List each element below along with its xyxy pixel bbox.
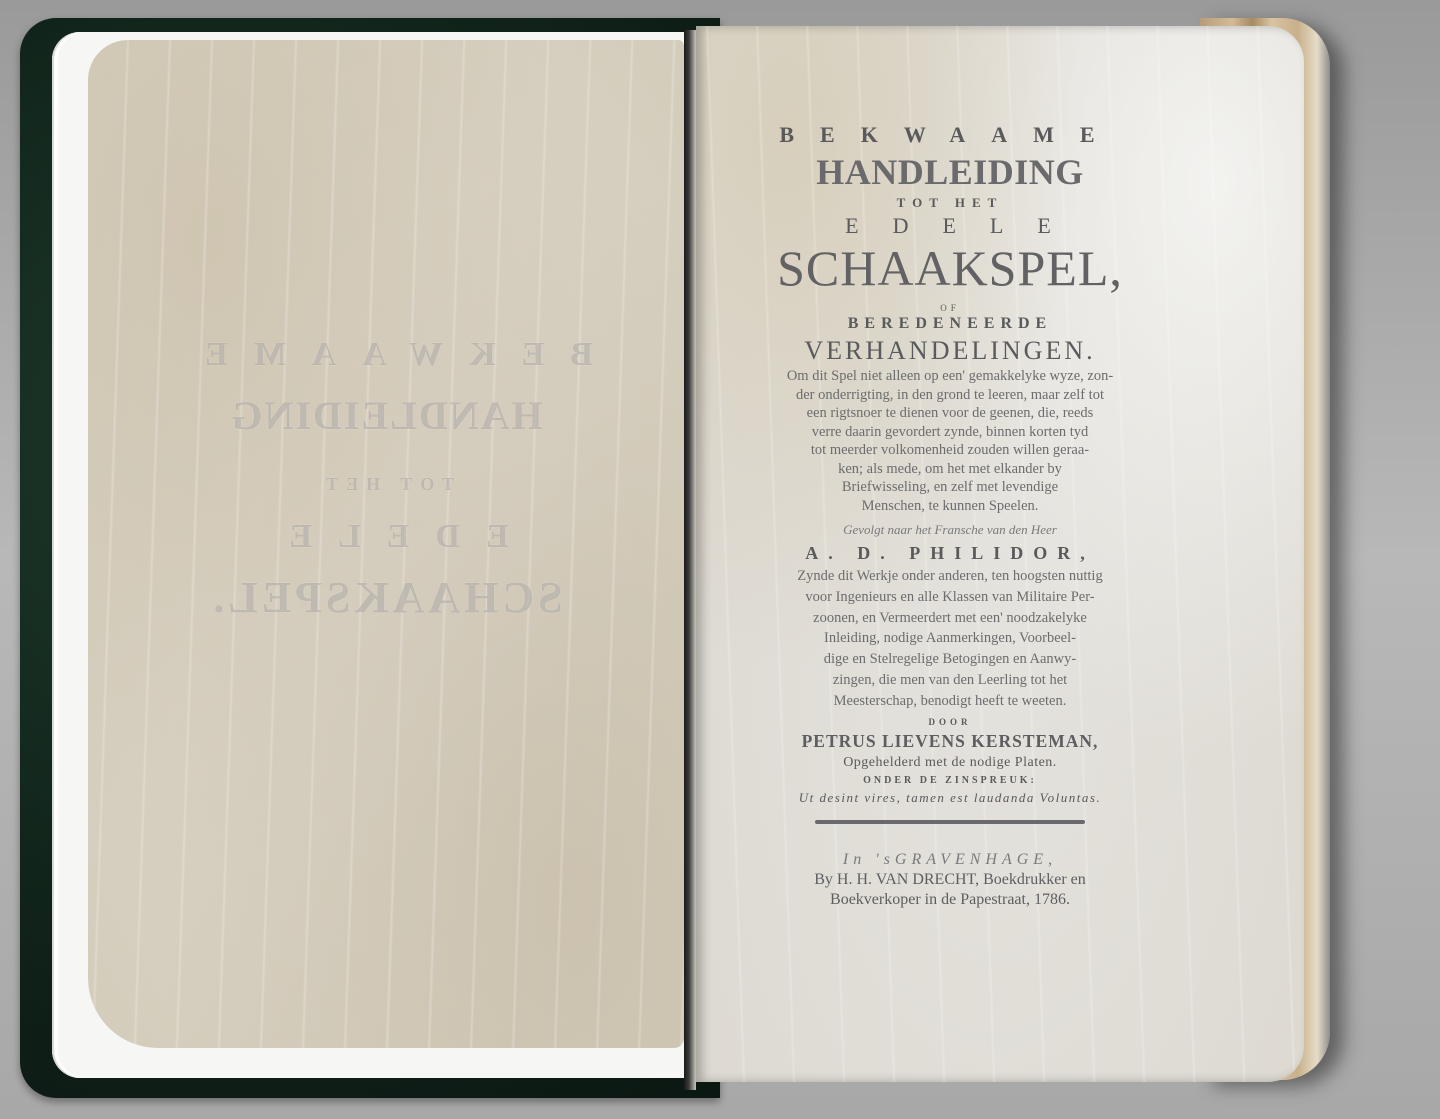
title-line-edele: EDELE bbox=[726, 212, 1174, 240]
bleed-through-line: BEKWAAME bbox=[88, 336, 684, 374]
description-line: verre daarin gevordert zynde, binnen kor… bbox=[726, 424, 1174, 441]
usefulness-line: dige en Stelregelige Betogingen en Aanwy… bbox=[726, 651, 1174, 668]
bleed-through-line: HANDLEIDING bbox=[88, 392, 684, 439]
description-line: Menschen, te kunnen Speelen. bbox=[726, 498, 1174, 515]
bleed-through-line: SCHAAKSPEL. bbox=[88, 572, 684, 623]
title-line-schaakspel: SCHAAKSPEL, bbox=[726, 240, 1174, 296]
door-label: DOOR bbox=[726, 716, 1174, 728]
title-line-verhandelingen: VERHANDELINGEN. bbox=[726, 336, 1174, 366]
usefulness-paragraph: Zynde dit Werkje onder anderen, ten hoog… bbox=[726, 568, 1174, 710]
usefulness-line: Inleiding, nodige Aanmerkingen, Voorbeel… bbox=[726, 630, 1174, 647]
ornamental-rule bbox=[815, 820, 1085, 824]
title-page: BEKWAAME HANDLEIDING TOT HET EDELE SCHAA… bbox=[696, 26, 1304, 1082]
bleed-through-line: EDELE bbox=[88, 518, 684, 556]
usefulness-line: zoonen, en Vermeerdert met een' noodzake… bbox=[726, 610, 1174, 627]
title-line-of: OF bbox=[726, 302, 1174, 314]
description-line: der onderrigting, in den grond te leeren… bbox=[726, 387, 1174, 404]
usefulness-line: voor Ingenieurs en alle Klassen van Mili… bbox=[726, 589, 1174, 606]
title-line-handleiding: HANDLEIDING bbox=[726, 152, 1174, 192]
title-line-tothet: TOT HET bbox=[726, 194, 1174, 212]
title-line-bekwaame: BEKWAAME bbox=[726, 120, 1174, 150]
left-page: BEKWAAME HANDLEIDING TOT HET EDELE SCHAA… bbox=[88, 40, 684, 1048]
imprint-place: In 'sGRAVENHAGE, bbox=[726, 850, 1174, 870]
open-book: BEKWAAME HANDLEIDING TOT HET EDELE SCHAA… bbox=[0, 0, 1440, 1119]
motto-intro: ONDER DE ZINSPREUK: bbox=[726, 774, 1174, 788]
description-line: Om dit Spel niet alleen op een' gemakkel… bbox=[726, 368, 1174, 385]
usefulness-line: zingen, die men van den Leerling tot het bbox=[726, 672, 1174, 689]
title-line-beredeneerde: BEREDENEERDE bbox=[726, 314, 1174, 334]
motto: Ut desint vires, tamen est laudanda Volu… bbox=[726, 790, 1174, 806]
description-line: een rigtsnoer te dienen voor de geenen, … bbox=[726, 405, 1174, 422]
usefulness-line: Zynde dit Werkje onder anderen, ten hoog… bbox=[726, 568, 1174, 585]
book-gutter bbox=[684, 30, 696, 1090]
imprint-address: Boekverkoper in de Papestraat, 1786. bbox=[726, 890, 1174, 910]
illustrated-note: Opgehelderd met de nodige Platen. bbox=[726, 754, 1174, 772]
description-line: tot meerder volkomenheid zouden willen g… bbox=[726, 442, 1174, 459]
description-paragraph: Om dit Spel niet alleen op een' gemakkel… bbox=[726, 368, 1174, 514]
author-name: PETRUS LIEVENS KERSTEMAN, bbox=[726, 730, 1174, 752]
description-line: ken; als mede, om het met elkander by bbox=[726, 461, 1174, 478]
title-block: BEKWAAME HANDLEIDING TOT HET EDELE SCHAA… bbox=[726, 120, 1174, 910]
imprint-printer: By H. H. VAN DRECHT, Boekdrukker en bbox=[726, 870, 1174, 890]
usefulness-line: Meesterschap, benodigt heeft te weeten. bbox=[726, 693, 1174, 710]
bleed-through-line: TOT HET bbox=[88, 474, 684, 495]
description-line: Briefwisseling, en zelf met levendige bbox=[726, 479, 1174, 496]
original-author: A. D. PHILIDOR, bbox=[726, 542, 1174, 564]
translated-from: Gevolgt naar het Fransche van den Heer bbox=[726, 522, 1174, 538]
